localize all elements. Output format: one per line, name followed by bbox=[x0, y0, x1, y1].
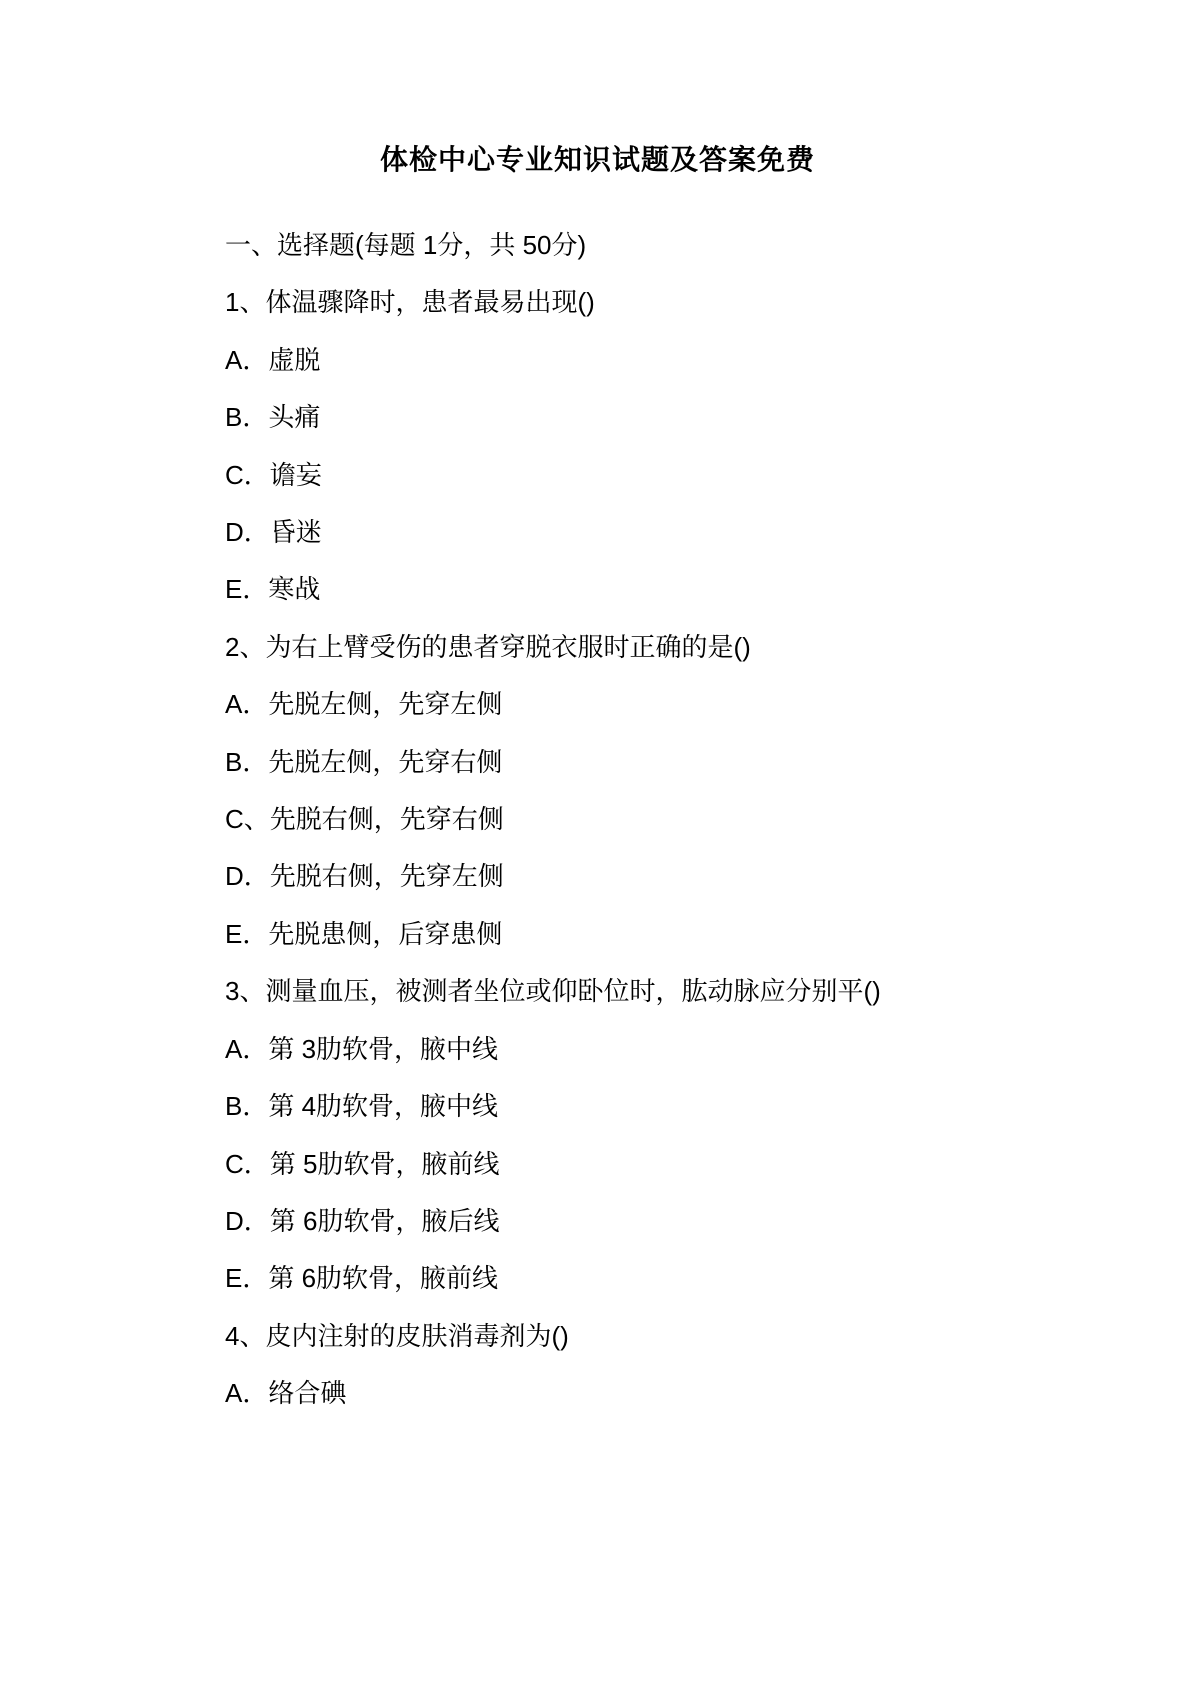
document-content: 体检中心专业知识试题及答案免费 一、选择题(每题 1分，共 50分) 1、体温骤… bbox=[0, 0, 1190, 1423]
question-1-option-b: B．头痛 bbox=[225, 389, 970, 446]
question-1-option-e: E．寒战 bbox=[225, 561, 970, 618]
question-1-option-d: D．昏迷 bbox=[225, 504, 970, 561]
question-4-option-a: A．络合碘 bbox=[225, 1365, 970, 1422]
question-3-option-d: D．第 6肋软骨，腋后线 bbox=[225, 1193, 970, 1250]
question-2-option-a: A．先脱左侧，先穿左侧 bbox=[225, 676, 970, 733]
question-4-text: 4、皮内注射的皮肤消毒剂为() bbox=[225, 1308, 970, 1365]
question-3-option-a: A．第 3肋软骨，腋中线 bbox=[225, 1021, 970, 1078]
question-3-option-e: E．第 6肋软骨，腋前线 bbox=[225, 1250, 970, 1307]
question-2-option-c: C、先脱右侧，先穿右侧 bbox=[225, 791, 970, 848]
question-2-option-b: B．先脱左侧，先穿右侧 bbox=[225, 734, 970, 791]
question-3-text: 3、测量血压，被测者坐位或仰卧位时，肱动脉应分别平() bbox=[225, 963, 970, 1020]
document-title: 体检中心专业知识试题及答案免费 bbox=[225, 140, 970, 180]
document-page: 体检中心专业知识试题及答案免费 一、选择题(每题 1分，共 50分) 1、体温骤… bbox=[0, 0, 1190, 1683]
question-1-option-a: A．虚脱 bbox=[225, 332, 970, 389]
question-1-text: 1、体温骤降时，患者最易出现() bbox=[225, 274, 970, 331]
question-3-option-c: C．第 5肋软骨，腋前线 bbox=[225, 1136, 970, 1193]
question-1-option-c: C．谵妄 bbox=[225, 447, 970, 504]
section-heading: 一、选择题(每题 1分，共 50分) bbox=[225, 217, 970, 274]
question-2-text: 2、为右上臂受伤的患者穿脱衣服时正确的是() bbox=[225, 619, 970, 676]
question-2-option-e: E．先脱患侧，后穿患侧 bbox=[225, 906, 970, 963]
question-2-option-d: D．先脱右侧，先穿左侧 bbox=[225, 848, 970, 905]
question-3-option-b: B．第 4肋软骨，腋中线 bbox=[225, 1078, 970, 1135]
